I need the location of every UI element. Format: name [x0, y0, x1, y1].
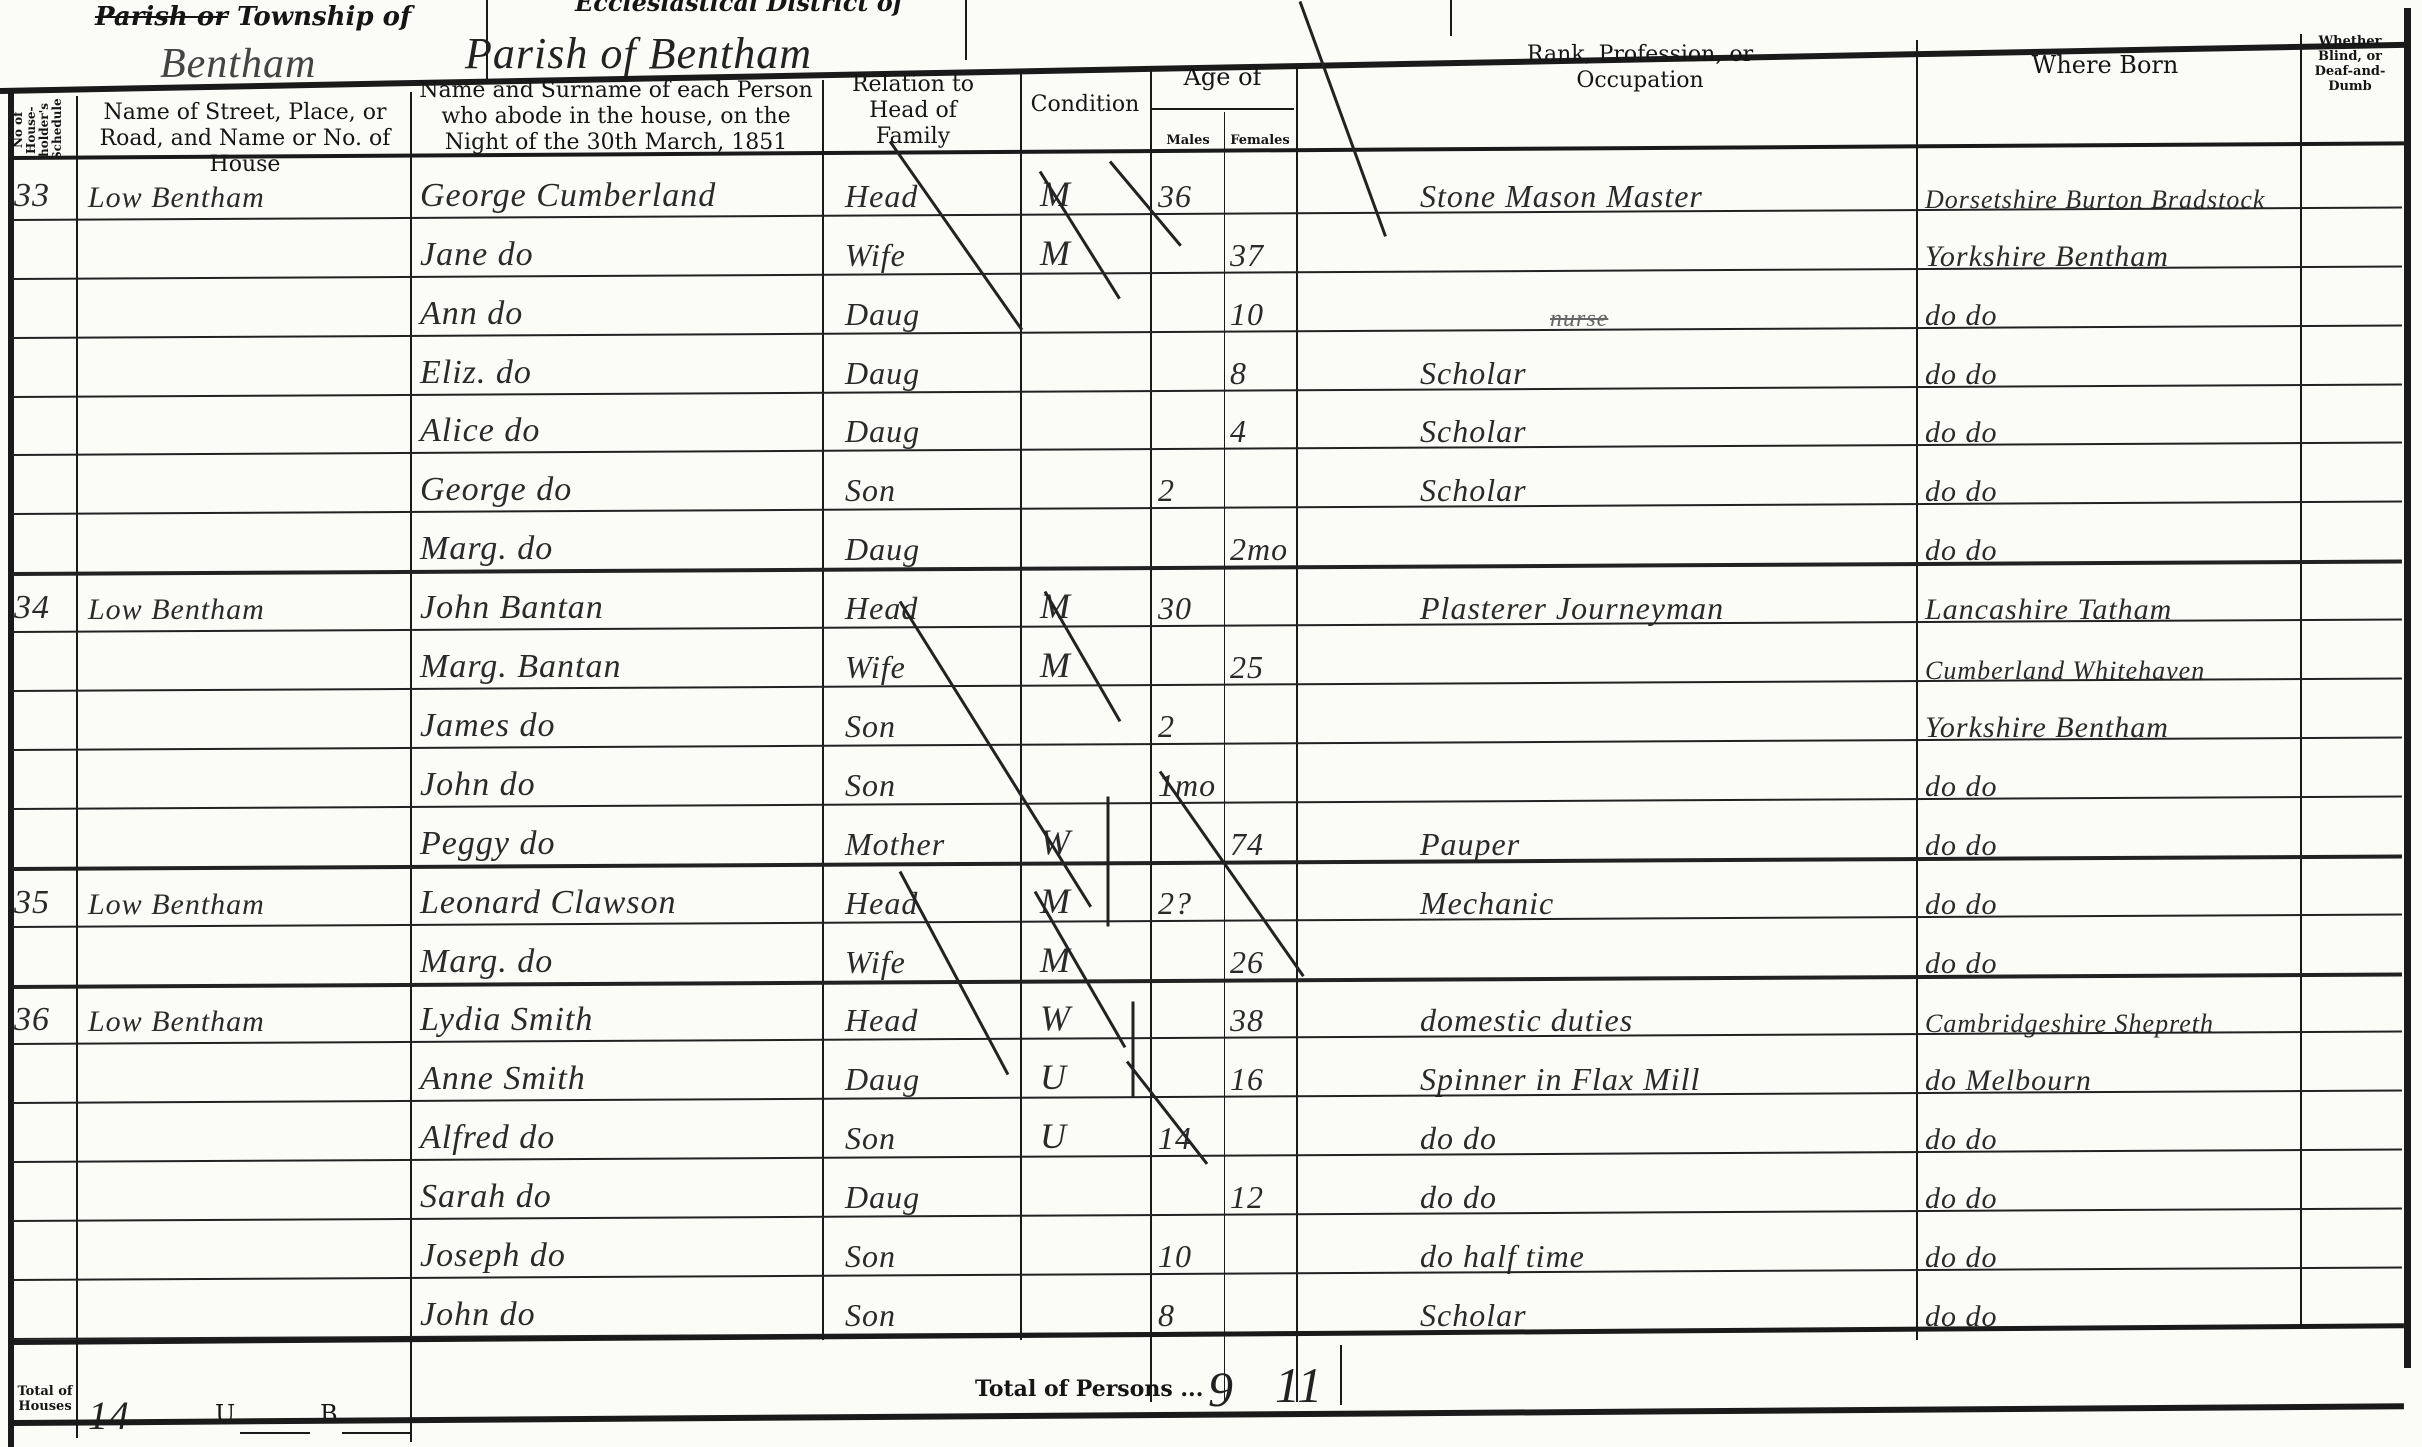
- cell-where-born: do do: [1925, 1104, 2300, 1163]
- cell-condition: M: [1040, 869, 1150, 928]
- cell-schedule: [14, 457, 76, 516]
- cell-where-born: do do: [1925, 457, 2300, 516]
- col-header-occupation: Rank, Profession, or Occupation: [1480, 42, 1800, 94]
- totals-col-line: [1340, 1345, 1342, 1405]
- cell-street: Low Bentham: [88, 574, 408, 633]
- census-page: Parish or Township of Bentham Ecclesiast…: [0, 0, 2422, 1447]
- cell-schedule: 36: [14, 987, 76, 1046]
- table-row: Sarah doDaug12do dodo do: [0, 1163, 2422, 1222]
- top-divider-2: [965, 0, 967, 60]
- table-row: 35Low BenthamLeonard ClawsonHeadM2?Mecha…: [0, 869, 2422, 928]
- cell-name: Anne Smith: [420, 1046, 820, 1105]
- cell-street: [88, 280, 408, 339]
- cell-schedule: [14, 1046, 76, 1105]
- table-row: 33Low BenthamGeorge CumberlandHeadM36Sto…: [0, 162, 2422, 221]
- col-header-schedule: No of House-holder's Schedule: [12, 100, 74, 160]
- cell-name: John Bantan: [420, 574, 820, 633]
- table-row: Joseph doSon10do half timedo do: [0, 1222, 2422, 1281]
- total-houses-label: Total of Houses: [14, 1384, 76, 1414]
- table-row: Jane doWifeM37Yorkshire Bentham: [0, 221, 2422, 280]
- cell-street: [88, 1046, 408, 1105]
- cell-schedule: [14, 1163, 76, 1222]
- cell-where-born: do do: [1925, 398, 2300, 457]
- cell-name: John do: [420, 751, 820, 810]
- col-header-blind: Whether Blind, or Deaf-and-Dumb: [2300, 34, 2400, 94]
- cell-relation: Son: [845, 1104, 1020, 1163]
- table-row: Marg. BantanWifeM25Cumberland Whitehaven: [0, 633, 2422, 692]
- cell-where-born: Cumberland Whitehaven: [1925, 633, 2300, 692]
- cell-where-born: do Melbourn: [1925, 1046, 2300, 1105]
- cell-relation: Daug: [845, 1046, 1020, 1105]
- cell-condition: [1040, 280, 1150, 339]
- cell-schedule: 34: [14, 574, 76, 633]
- total-females: 11: [1275, 1356, 1323, 1414]
- total-males: 9: [1208, 1360, 1234, 1418]
- age-sub-rule: [1152, 108, 1294, 110]
- cell-street: [88, 692, 408, 751]
- cell-schedule: [14, 280, 76, 339]
- cell-where-born: Yorkshire Bentham: [1925, 692, 2300, 751]
- cell-street: [88, 1104, 408, 1163]
- cell-where-born: Yorkshire Bentham: [1925, 221, 2300, 280]
- cell-schedule: [14, 398, 76, 457]
- total-persons-label: Total of Persons ...: [975, 1376, 1203, 1402]
- cell-relation: Son: [845, 457, 1020, 516]
- cell-schedule: [14, 339, 76, 398]
- cell-condition: W: [1040, 810, 1150, 869]
- cell-where-born: Dorsetshire Burton Bradstock: [1925, 162, 2300, 221]
- cell-relation: Head: [845, 162, 1020, 221]
- table-row: John doSon1modo do: [0, 751, 2422, 810]
- cell-street: [88, 457, 408, 516]
- cell-where-born: do do: [1925, 751, 2300, 810]
- cell-name: Sarah do: [420, 1163, 820, 1222]
- cell-schedule: [14, 692, 76, 751]
- cell-where-born: do do: [1925, 1163, 2300, 1222]
- table-row: Anne SmithDaugU16Spinner in Flax Milldo …: [0, 1046, 2422, 1105]
- cell-street: [88, 398, 408, 457]
- cell-where-born: Cambridgeshire Shepreth: [1925, 987, 2300, 1046]
- cell-street: [88, 810, 408, 869]
- cell-name: George do: [420, 457, 820, 516]
- total-houses-value: 14: [88, 1392, 130, 1439]
- cell-name: Marg. do: [420, 928, 820, 987]
- cell-relation: Daug: [845, 339, 1020, 398]
- cell-relation: Son: [845, 692, 1020, 751]
- cell-street: [88, 515, 408, 574]
- cell-schedule: 33: [14, 162, 76, 221]
- col-header-relation: Relation to Head of Family: [838, 72, 988, 150]
- parish-label: Parish or Township of: [95, 2, 411, 32]
- table-row: Marg. doDaug2modo do: [0, 515, 2422, 574]
- cell-street: [88, 1163, 408, 1222]
- col-header-age-of: Age of: [1150, 64, 1295, 90]
- cell-street: Low Bentham: [88, 987, 408, 1046]
- cell-schedule: [14, 633, 76, 692]
- cell-name: Jane do: [420, 221, 820, 280]
- cell-relation: Mother: [845, 810, 1020, 869]
- table-row: Alfred doSonU14do dodo do: [0, 1104, 2422, 1163]
- col-header-name: Name and Surname of each Person who abod…: [412, 78, 820, 156]
- cell-relation: Daug: [845, 515, 1020, 574]
- cell-schedule: [14, 1281, 76, 1340]
- cell-where-born: do do: [1925, 339, 2300, 398]
- cell-condition: [1040, 339, 1150, 398]
- cell-schedule: [14, 928, 76, 987]
- cell-street: [88, 928, 408, 987]
- cell-name: John do: [420, 1281, 820, 1340]
- cell-condition: M: [1040, 928, 1150, 987]
- cell-where-born: do do: [1925, 869, 2300, 928]
- tally-stroke: [1132, 1002, 1135, 1097]
- parish-label-struck: Parish or: [95, 2, 228, 32]
- cell-schedule: [14, 810, 76, 869]
- table-row: 36Low BenthamLydia SmithHeadW38domestic …: [0, 987, 2422, 1046]
- table-row: George doSon2Scholardo do: [0, 457, 2422, 516]
- cell-street: [88, 1281, 408, 1340]
- cell-name: Marg. Bantan: [420, 633, 820, 692]
- cell-name: Lydia Smith: [420, 987, 820, 1046]
- cell-relation: Son: [845, 1222, 1020, 1281]
- cell-relation: Head: [845, 869, 1020, 928]
- eccl-district-label: Ecclesiastical District of: [575, 0, 903, 17]
- cell-condition: [1040, 751, 1150, 810]
- cell-relation: Wife: [845, 633, 1020, 692]
- cell-name: Eliz. do: [420, 339, 820, 398]
- table-row: James doSon2Yorkshire Bentham: [0, 692, 2422, 751]
- township-label: Township of: [237, 2, 411, 32]
- col-header-where-born: Where Born: [1920, 52, 2290, 78]
- cell-name: Ann do: [420, 280, 820, 339]
- table-row: Ann doDaug10nursedo do: [0, 280, 2422, 339]
- cell-schedule: [14, 221, 76, 280]
- cell-schedule: 35: [14, 869, 76, 928]
- cell-street: [88, 221, 408, 280]
- table-row: Marg. doWifeM26do do: [0, 928, 2422, 987]
- cell-where-born: do do: [1925, 280, 2300, 339]
- cell-schedule: [14, 751, 76, 810]
- cell-name: Leonard Clawson: [420, 869, 820, 928]
- table-row: 34Low BenthamJohn BantanHeadM30Plasterer…: [0, 574, 2422, 633]
- eccl-district-value: Parish of Bentham: [465, 28, 812, 79]
- cell-schedule: [14, 1104, 76, 1163]
- cell-name: Alfred do: [420, 1104, 820, 1163]
- cell-relation: Daug: [845, 398, 1020, 457]
- cell-schedule: [14, 515, 76, 574]
- parish-value: Bentham: [160, 40, 316, 88]
- cell-relation: Son: [845, 1281, 1020, 1340]
- cell-relation: Head: [845, 574, 1020, 633]
- cell-relation: Head: [845, 987, 1020, 1046]
- cell-name: Joseph do: [420, 1222, 820, 1281]
- cell-relation: Daug: [845, 1163, 1020, 1222]
- cell-schedule: [14, 1222, 76, 1281]
- cell-where-born: Lancashire Tatham: [1925, 574, 2300, 633]
- table-row: Eliz. doDaug8Scholardo do: [0, 339, 2422, 398]
- houses-u-underline: [240, 1432, 310, 1434]
- col-header-condition: Condition: [1020, 92, 1150, 118]
- cell-street: [88, 1222, 408, 1281]
- cell-where-born: do do: [1925, 1222, 2300, 1281]
- cell-street: Low Bentham: [88, 162, 408, 221]
- top-divider-3: [1450, 0, 1452, 36]
- cell-condition: M: [1040, 221, 1150, 280]
- cell-street: [88, 751, 408, 810]
- cell-name: George Cumberland: [420, 162, 820, 221]
- cell-street: Low Bentham: [88, 869, 408, 928]
- cell-name: Alice do: [420, 398, 820, 457]
- cell-name: James do: [420, 692, 820, 751]
- cell-relation: Wife: [845, 221, 1020, 280]
- cell-street: [88, 633, 408, 692]
- tally-stroke: [1107, 797, 1110, 927]
- cell-name: Peggy do: [420, 810, 820, 869]
- cell-relation: Son: [845, 751, 1020, 810]
- cell-street: [88, 339, 408, 398]
- houses-b-underline: [342, 1432, 412, 1434]
- cell-name: Marg. do: [420, 515, 820, 574]
- table-row: Alice doDaug4Scholardo do: [0, 398, 2422, 457]
- table-row: Peggy doMotherW74Pauperdo do: [0, 810, 2422, 869]
